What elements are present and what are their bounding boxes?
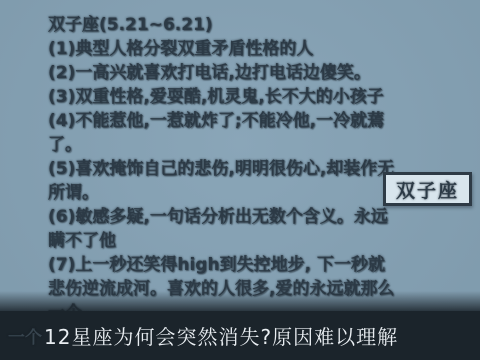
caption-fade-gradient: [0, 291, 480, 311]
caption-title: 12星座为何会突然消失?原因难以理解: [44, 321, 398, 350]
gemini-badge-label: 双子座: [396, 176, 459, 203]
list-item-4: (4)不能惹他,一惹就炸了;不能冷他,一冷就蔫了。: [48, 109, 396, 157]
list-item-2: (2)一高兴就喜欢打电话,边打电话边傻笑。: [48, 61, 396, 85]
list-item-5: (5)喜欢掩饰自己的悲伤,明明很伤心,却装作无所谓。: [48, 157, 396, 205]
list-item-3: (3)双重性格,爱耍酷,机灵鬼,长不大的小孩子: [48, 85, 396, 109]
horoscope-text-block: 双子座(5.21~6.21) (1)典型人格分裂双重矛盾性格的人 (2)一高兴就…: [48, 13, 396, 325]
caption-bar: 一个 12星座为何会突然消失?原因难以理解: [0, 311, 480, 360]
gemini-badge: 双子座: [383, 172, 472, 206]
list-item-1: (1)典型人格分裂双重矛盾性格的人: [48, 37, 396, 61]
article-title: 双子座(5.21~6.21): [48, 13, 396, 37]
list-item-6: (6)敏感多疑,一句话分析出无数个含义。永远瞒不了他: [48, 205, 396, 253]
video-frame: 双子座(5.21~6.21) (1)典型人格分裂双重矛盾性格的人 (2)一高兴就…: [0, 0, 480, 360]
body-overflow-text: 一个: [8, 323, 42, 348]
